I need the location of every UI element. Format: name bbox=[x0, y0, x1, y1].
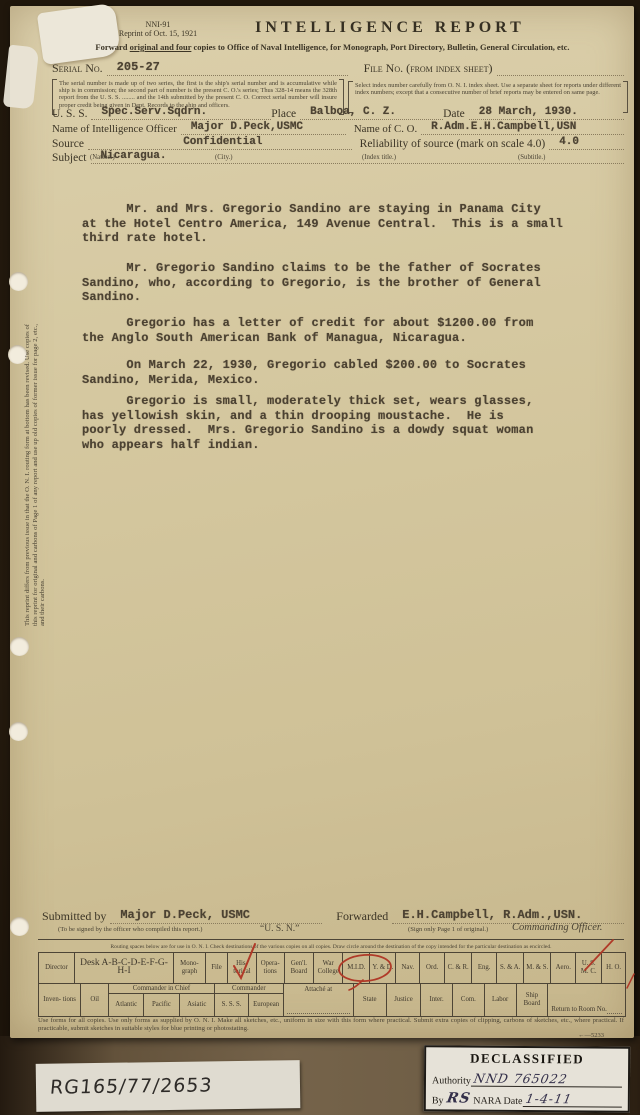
declassified-label: DECLASSIFIED Authority NND 765022 By RS … bbox=[424, 1045, 630, 1112]
commanding-officer-title: Commanding Officer. bbox=[512, 922, 602, 933]
page-title: INTELLIGENCE REPORT bbox=[180, 19, 600, 37]
routing-cell: H. O. bbox=[602, 953, 625, 983]
routing-cell-state: State bbox=[354, 984, 387, 1016]
serial-row: Serial No. 205-27 File No. (from index s… bbox=[52, 59, 624, 76]
punch-hole bbox=[9, 722, 28, 741]
routing-cell: S. & A. bbox=[497, 953, 524, 983]
source-value: Confidential bbox=[183, 136, 262, 148]
reliability-label: Reliability of source (mark on scale 4.0… bbox=[352, 138, 550, 150]
body-paragraph-2: Mr. Gregorio Sandino claims to be the fa… bbox=[82, 261, 590, 305]
routing-cell-inter: Inter. bbox=[421, 984, 453, 1016]
routing-subcell: Pacific bbox=[144, 994, 179, 1016]
file-no-value bbox=[497, 74, 624, 76]
forwarded-label: Forwarded bbox=[322, 909, 392, 924]
body-paragraph-3: Gregorio has a letter of credit for abou… bbox=[82, 316, 590, 345]
routing-cell: C. & R. bbox=[445, 953, 472, 983]
routing-cell: Director bbox=[39, 953, 75, 983]
place-value: Balboa, C. Z. bbox=[310, 106, 396, 118]
footer-instructions: Use forms for all copies. Use only forms… bbox=[38, 1017, 624, 1032]
ship-row: U. S. S. Spec.Serv.Sqdrn. Place Balboa, … bbox=[52, 106, 624, 120]
routing-subcell: S. S. S. bbox=[215, 994, 250, 1016]
archive-label: RG165/77/2653 bbox=[36, 1060, 301, 1112]
routing-cell: Mono- graph bbox=[174, 953, 205, 983]
authority-label: Authority bbox=[432, 1075, 471, 1086]
authority-handwriting: NND 765022 bbox=[473, 1071, 569, 1087]
forwarded-note: (Sign only Page 1 of original.) bbox=[408, 926, 488, 933]
place-label: Place bbox=[271, 108, 300, 120]
form-code: ←—5233 bbox=[578, 1032, 604, 1039]
serial-value: 205-27 bbox=[117, 60, 160, 74]
source-row: Source Confidential Reliability of sourc… bbox=[52, 136, 624, 150]
by-signature: RS bbox=[445, 1090, 472, 1106]
margin-note: This reprint differs from previous issue… bbox=[24, 324, 47, 626]
routing-cell: Y. & D. bbox=[370, 953, 396, 983]
routing-cell: M.I.D. bbox=[343, 953, 370, 983]
uss-label: U. S. S. bbox=[52, 108, 91, 120]
archive-ref-handwriting: RG165/77/2653 bbox=[35, 1074, 214, 1098]
co-value: R.Adm.E.H.Campbell,USN bbox=[431, 121, 576, 133]
routing-cell: Eng. bbox=[472, 953, 497, 983]
routing-cell: Nav. bbox=[396, 953, 420, 983]
routing-table: DirectorDesk A-B-C-D-E-F-G-H-IMono- grap… bbox=[38, 952, 626, 1017]
body-paragraph-4: On March 22, 1930, Gregorio cabled $200.… bbox=[82, 358, 590, 387]
routing-cell: Gen'l. Board bbox=[285, 953, 314, 983]
by-label: By bbox=[432, 1095, 444, 1106]
routing-group-commander: Commander S. S. S.European bbox=[215, 984, 284, 1016]
source-label: Source bbox=[52, 138, 88, 150]
authority-line: Authority NND 765022 bbox=[432, 1070, 622, 1087]
body-paragraph-5: Gregorio is small, moderately thick set,… bbox=[82, 394, 590, 452]
punch-hole bbox=[10, 917, 29, 936]
declassified-title: DECLASSIFIED bbox=[432, 1050, 622, 1067]
by-line: By RS NARA Date 1-4-11 bbox=[432, 1090, 622, 1107]
officers-row: Name of Intelligence Officer Major D.Pec… bbox=[52, 121, 624, 135]
submitted-value: Major D.Peck, USMC bbox=[120, 908, 250, 922]
routing-group-cinc: Commander in Chief AtlanticPacificAsiati… bbox=[109, 984, 215, 1016]
forwarded-value: E.H.Campbell, R.Adm.,USN. bbox=[402, 908, 582, 922]
routing-cell: Aero. bbox=[551, 953, 576, 983]
punch-hole bbox=[10, 637, 29, 656]
routing-cell-justice: Justice bbox=[387, 984, 421, 1016]
punch-hole bbox=[9, 272, 28, 291]
routing-cell: Opera- tions bbox=[257, 953, 285, 983]
routing-cell: File bbox=[206, 953, 229, 983]
submitted-label: Submitted by bbox=[42, 909, 110, 924]
attache-dotted-line bbox=[287, 994, 350, 1014]
subject-label: Subject bbox=[52, 152, 91, 164]
uss-value: Spec.Serv.Sqdrn. bbox=[101, 106, 207, 118]
routing-caption: Routing spaces below are for use in O. N… bbox=[40, 944, 622, 950]
submitted-note: (To be signed by the officer who compile… bbox=[58, 926, 202, 933]
routing-cell: Desk A-B-C-D-E-F-G-H-I bbox=[75, 953, 174, 983]
usn-quote: “U. S. N.” bbox=[260, 924, 299, 934]
routing-cell: War College bbox=[314, 953, 343, 983]
co-label: Name of C. O. bbox=[346, 123, 421, 135]
reliability-value: 4.0 bbox=[559, 136, 579, 148]
nara-date-handwriting: 1-4-11 bbox=[524, 1091, 573, 1106]
routing-row-1: DirectorDesk A-B-C-D-E-F-G-H-IMono- grap… bbox=[39, 953, 625, 984]
file-no-label: File No. (from index sheet) bbox=[348, 61, 497, 76]
routing-row-2: Inven- tions Oil Commander in Chief Atla… bbox=[39, 984, 625, 1016]
routing-cell-attache: Attaché at bbox=[284, 984, 354, 1016]
body-paragraph-1: Mr. and Mrs. Gregorio Sandino are stayin… bbox=[82, 202, 590, 246]
routing-cell-inventions: Inven- tions bbox=[39, 984, 81, 1016]
routing-subcell: Asiatic bbox=[180, 994, 214, 1016]
io-label: Name of Intelligence Officer bbox=[52, 123, 181, 135]
routing-cell-com: Com. bbox=[453, 984, 485, 1016]
divider-rule bbox=[38, 939, 624, 940]
date-value: 28 March, 1930. bbox=[479, 106, 578, 118]
paper-tear bbox=[3, 45, 39, 110]
routing-subcell: European bbox=[249, 994, 283, 1016]
routing-subcell: Atlantic bbox=[109, 994, 144, 1016]
forward-instruction: Forward original and four copies to Offi… bbox=[60, 42, 605, 52]
document-page: NNI-91 Reprint of Oct. 15, 1921 INTELLIG… bbox=[10, 6, 634, 1038]
routing-cell-oil: Oil bbox=[81, 984, 109, 1016]
nara-date-label: NARA Date bbox=[473, 1096, 522, 1107]
routing-cell-shipboard: Ship Board bbox=[517, 984, 549, 1016]
routing-cell: His- torical bbox=[228, 953, 256, 983]
routing-cell-labor: Labor bbox=[485, 984, 517, 1016]
routing-cell: M. & S. bbox=[524, 953, 551, 983]
date-label: Date bbox=[443, 108, 469, 120]
routing-cell: Ord. bbox=[420, 953, 445, 983]
routing-cell: U. S. M. C. bbox=[576, 953, 602, 983]
io-value: Major D.Peck,USMC bbox=[191, 121, 303, 133]
routing-cell-return: Return to Room No. bbox=[548, 984, 625, 1016]
photo-background: NNI-91 Reprint of Oct. 15, 1921 INTELLIG… bbox=[0, 0, 640, 1115]
serial-label: Serial No. bbox=[52, 61, 107, 76]
